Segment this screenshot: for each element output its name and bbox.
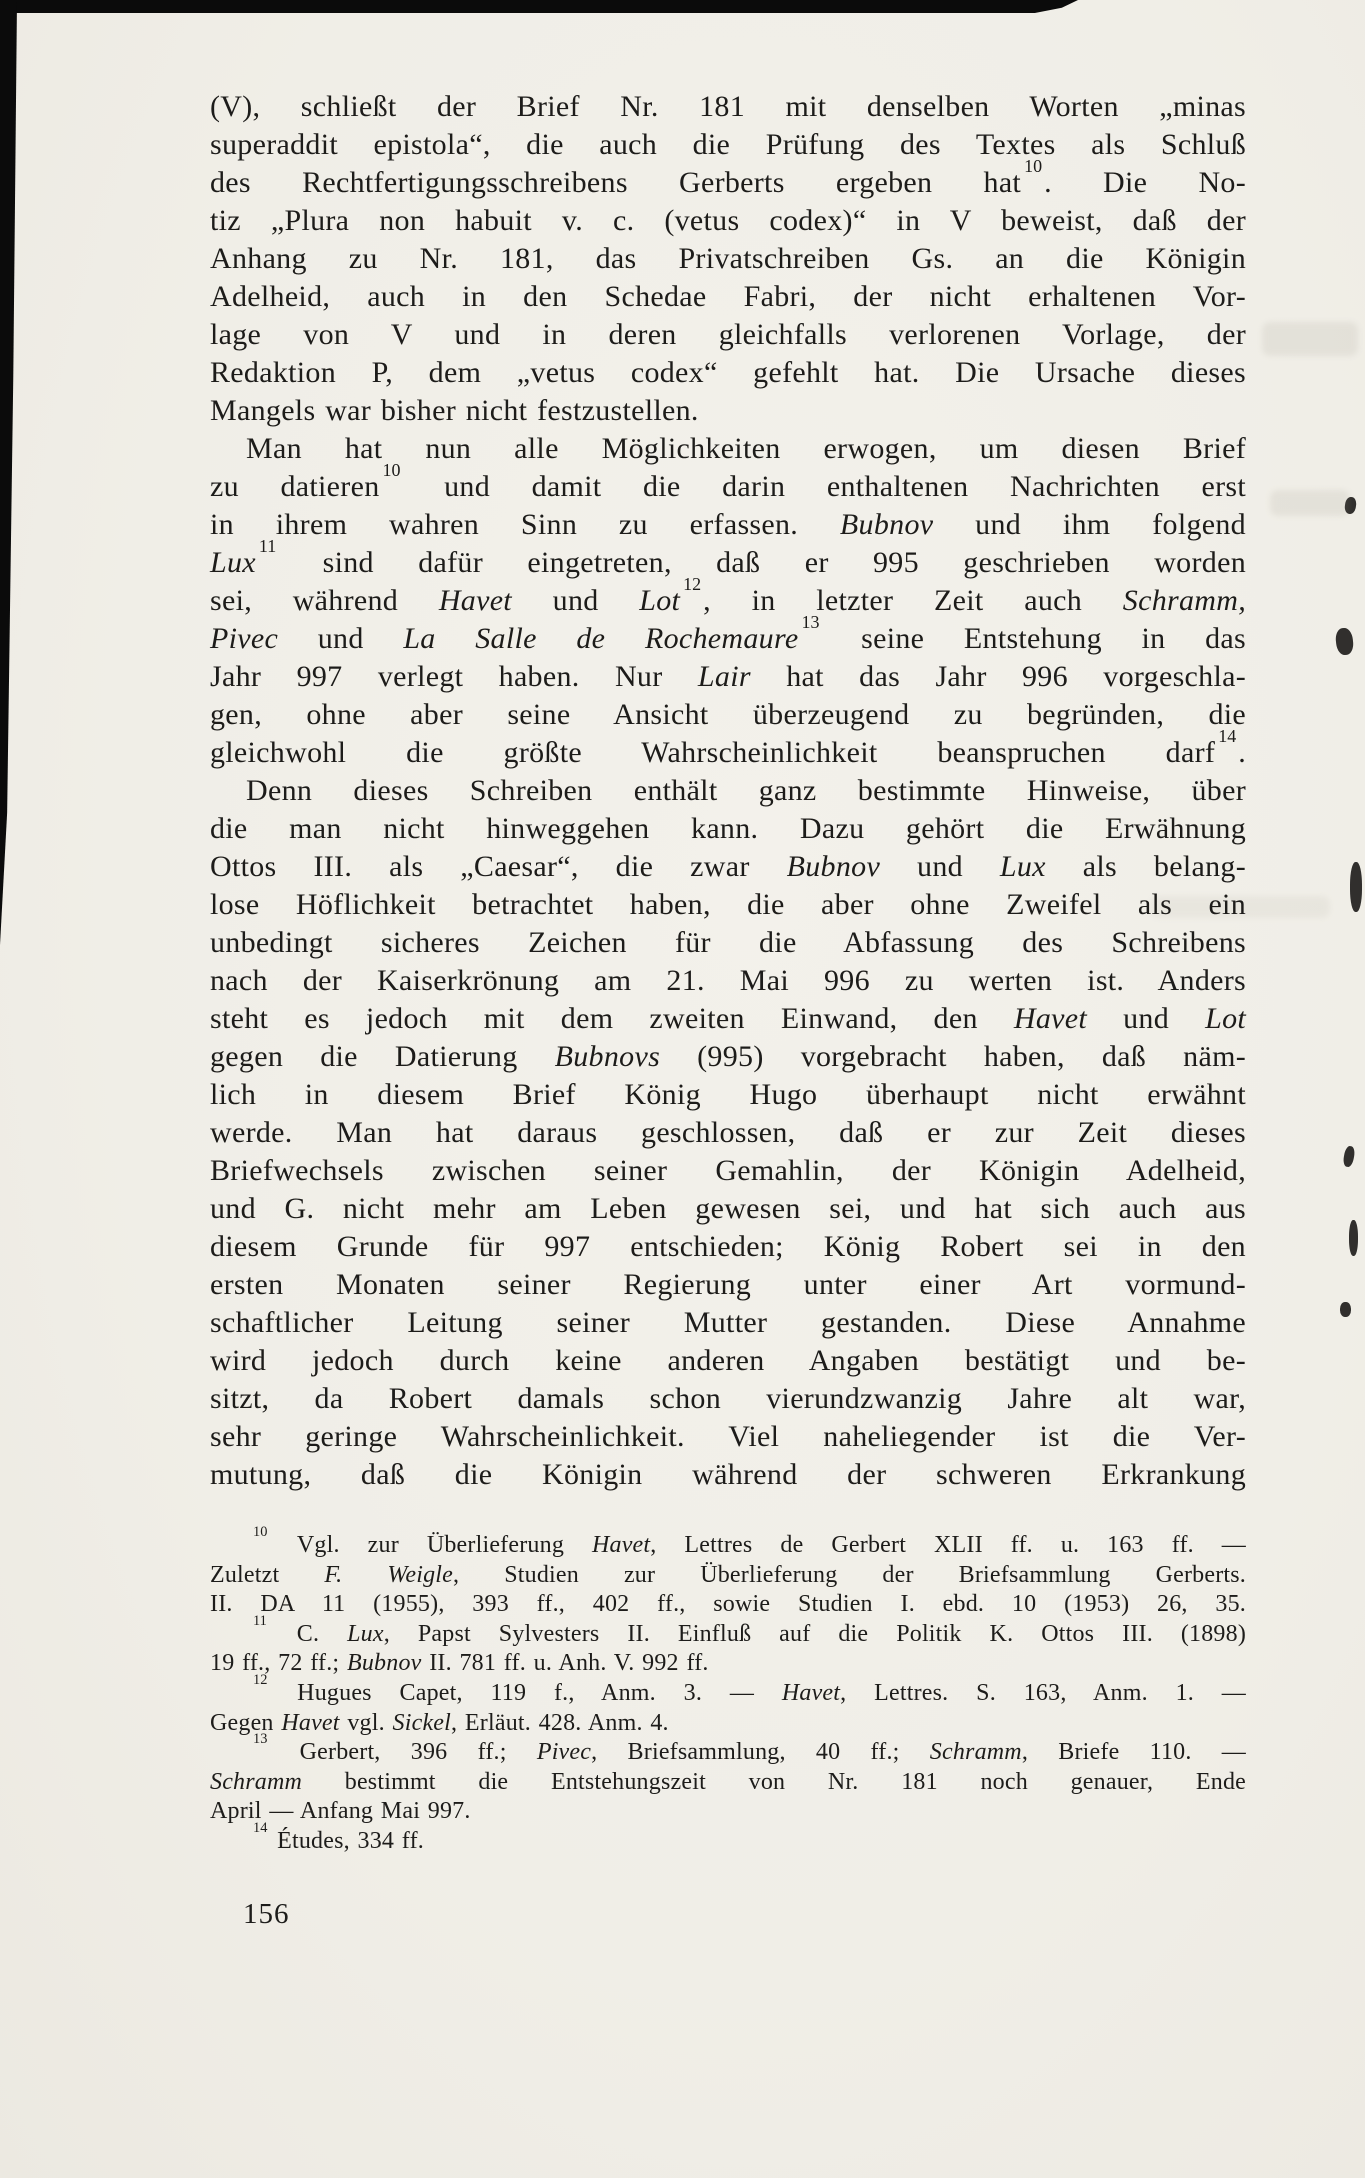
text-line: Adelheid, auch in den Schedae Fabri, der… — [210, 278, 1246, 316]
text-line: (V), schließt der Brief Nr. 181 mit dens… — [210, 88, 1246, 126]
book-page: (V), schließt der Brief Nr. 181 mit dens… — [0, 0, 1365, 2178]
scan-artifact-top-edge — [0, 0, 1078, 13]
text-line: Redaktion P, dem „vetus codex“ gefehlt h… — [210, 354, 1246, 392]
text-line: unbedingt sicheres Zeichen für die Abfas… — [210, 924, 1246, 962]
footnote: 12 Hugues Capet, 119 f., Anm. 3. — Havet… — [210, 1679, 1246, 1738]
text-line: sehr geringe Wahrscheinlichkeit. Viel na… — [210, 1418, 1246, 1456]
text-line: tiz „Plura non habuit v. c. (vetus codex… — [210, 202, 1246, 240]
text-line: ersten Monaten seiner Regierung unter ei… — [210, 1266, 1246, 1304]
text-line: zu datieren10 und damit die darin enthal… — [210, 468, 1246, 506]
text-line: 14 Études, 334 ff. — [210, 1827, 1246, 1857]
text-line: II. DA 11 (1955), 393 ff., 402 ff., sowi… — [210, 1590, 1246, 1620]
text-line: Ottos III. als „Caesar“, die zwar Bubnov… — [210, 848, 1246, 886]
text-line: gegen die Datierung Bubnovs (995) vorgeb… — [210, 1038, 1246, 1076]
text-line: wird jedoch durch keine anderen Angaben … — [210, 1342, 1246, 1380]
text-line: Jahr 997 verlegt haben. Nur Lair hat das… — [210, 658, 1246, 696]
text-line: 12 Hugues Capet, 119 f., Anm. 3. — Havet… — [210, 1679, 1246, 1709]
text-line: Mangels war bisher nicht festzustellen. — [210, 392, 1246, 430]
footnote: 11 C. Lux, Papst Sylvesters II. Einfluß … — [210, 1620, 1246, 1679]
footnote: 10 Vgl. zur Überlieferung Havet, Lettres… — [210, 1531, 1246, 1620]
paragraph: Man hat nun alle Möglichkeiten erwogen, … — [210, 430, 1246, 772]
footnotes: 10 Vgl. zur Überlieferung Havet, Lettres… — [210, 1531, 1246, 1857]
text-line: lage von V und in deren gleichfalls verl… — [210, 316, 1246, 354]
scan-artifact-speck — [1350, 862, 1362, 912]
paragraph: Denn dieses Schreiben enthält ganz besti… — [210, 772, 1246, 1494]
scan-artifact-speck — [1342, 1145, 1355, 1167]
text-line: lich in diesem Brief König Hugo überhaup… — [210, 1076, 1246, 1114]
scan-artifact-left-edge — [0, 0, 17, 945]
scan-artifact-speck — [1340, 1302, 1351, 1317]
paragraph: (V), schließt der Brief Nr. 181 mit dens… — [210, 88, 1246, 430]
text-line: nach der Kaiserkrönung am 21. Mai 996 zu… — [210, 962, 1246, 1000]
text-line: diesem Grunde für 997 entschieden; König… — [210, 1228, 1246, 1266]
text-line: 13 Gerbert, 396 ff.; Pivec, Briefsammlun… — [210, 1738, 1246, 1768]
text-line: Gegen Havet vgl. Sickel, Erläut. 428. An… — [210, 1709, 1246, 1739]
scan-artifact-speck — [1335, 627, 1355, 656]
scan-artifact-bleedthrough — [1262, 322, 1358, 356]
text-line: Schramm bestimmt die Entstehungszeit von… — [210, 1768, 1246, 1798]
text-line: Lux11 sind dafür eingetreten, daß er 995… — [210, 544, 1246, 582]
text-line: lose Höflichkeit betrachtet haben, die a… — [210, 886, 1246, 924]
text-line: 11 C. Lux, Papst Sylvesters II. Einfluß … — [210, 1620, 1246, 1650]
text-line: die man nicht hinweggehen kann. Dazu geh… — [210, 810, 1246, 848]
scan-artifact-speck — [1349, 1220, 1358, 1256]
text-line: 19 ff., 72 ff.; Bubnov II. 781 ff. u. An… — [210, 1649, 1246, 1679]
text-line: sei, während Havet und Lot12, in letzter… — [210, 582, 1246, 620]
text-line: April — Anfang Mai 997. — [210, 1797, 1246, 1827]
text-line: des Rechtfertigungsschreibens Gerberts e… — [210, 164, 1246, 202]
text-line: Man hat nun alle Möglichkeiten erwogen, … — [210, 430, 1246, 468]
footnote: 14 Études, 334 ff. — [210, 1827, 1246, 1857]
text-line: gleichwohl die größte Wahrscheinlichkeit… — [210, 734, 1246, 772]
text-line: schaftlicher Leitung seiner Mutter gesta… — [210, 1304, 1246, 1342]
text-line: Briefwechsels zwischen seiner Gemahlin, … — [210, 1152, 1246, 1190]
scan-artifact-bleedthrough — [1270, 490, 1350, 516]
text-line: superaddit epistola“, die auch die Prüfu… — [210, 126, 1246, 164]
page-number: 156 — [243, 1898, 290, 1931]
text-block: (V), schließt der Brief Nr. 181 mit dens… — [210, 88, 1246, 1857]
text-line: Anhang zu Nr. 181, das Privatschreiben G… — [210, 240, 1246, 278]
text-line: gen, ohne aber seine Ansicht überzeugend… — [210, 696, 1246, 734]
footnote: 13 Gerbert, 396 ff.; Pivec, Briefsammlun… — [210, 1738, 1246, 1827]
text-line: 10 Vgl. zur Überlieferung Havet, Lettres… — [210, 1531, 1246, 1561]
text-line: Zuletzt F. Weigle, Studien zur Überliefe… — [210, 1561, 1246, 1591]
text-line: steht es jedoch mit dem zweiten Einwand,… — [210, 1000, 1246, 1038]
text-line: Pivec und La Salle de Rochemaure13 seine… — [210, 620, 1246, 658]
text-line: sitzt, da Robert damals schon vierundzwa… — [210, 1380, 1246, 1418]
text-line: mutung, daß die Königin während der schw… — [210, 1456, 1246, 1494]
text-line: und G. nicht mehr am Leben gewesen sei, … — [210, 1190, 1246, 1228]
text-line: Denn dieses Schreiben enthält ganz besti… — [210, 772, 1246, 810]
text-line: werde. Man hat daraus geschlossen, daß e… — [210, 1114, 1246, 1152]
text-line: in ihrem wahren Sinn zu erfassen. Bubnov… — [210, 506, 1246, 544]
body-text: (V), schließt der Brief Nr. 181 mit dens… — [210, 88, 1246, 1494]
